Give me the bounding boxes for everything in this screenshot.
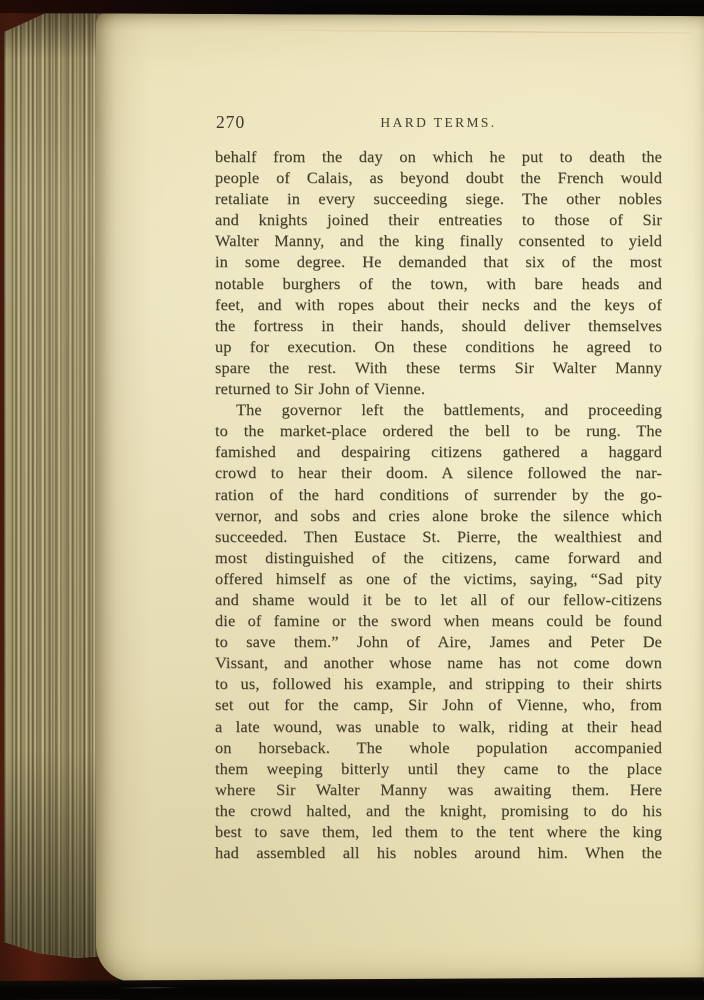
text-line: and shame would it be to let all of our … [215,589,662,610]
running-header: HARD TERMS. [380,115,496,131]
text-line: where Sir Walter Manny was awaiting them… [215,779,662,800]
page-header: 270 HARD TERMS. [215,112,662,134]
text-block: behalf from the day on which he put to d… [215,146,662,863]
text-line: notable burghers of the town, with bare … [215,273,662,294]
text-line: in some degree. He demanded that six of … [215,251,662,272]
photo-frame-bottom [0,977,704,1000]
text-line: and knights joined their entreaties to t… [215,209,662,230]
text-line: best to save them, led them to the tent … [215,821,662,842]
text-line: them weeping bitterly until they came to… [215,758,662,779]
text-line: people of Calais, as beyond doubt the Fr… [215,167,662,188]
text-line: to us, followed his example, and strippi… [215,673,662,694]
text-line: the fortress in their hands, should deli… [215,315,662,336]
scanned-book-photo: 270 HARD TERMS. behalf from the day on w… [0,0,704,1000]
book-page: 270 HARD TERMS. behalf from the day on w… [96,12,704,982]
text-line: offered himself as one of the victims, s… [215,568,662,589]
page-number: 270 [216,112,245,133]
text-line: returned to Sir John of Vienne. [215,378,662,399]
text-line: famished and despairing citizens gathere… [215,441,662,462]
text-line: most distinguished of the citizens, came… [215,547,662,568]
text-line: crowd to hear their doom. A silence foll… [215,462,662,483]
text-line: ration of the hard conditions of surrend… [215,484,662,505]
text-line: spare the rest. With these terms Sir Wal… [215,357,662,378]
text-line: feet, and with ropes about their necks a… [215,294,662,315]
text-line: had assembled all his nobles around him.… [215,842,662,863]
text-line: Walter Manny, and the king finally conse… [215,230,662,251]
text-line: Vissant, and another whose name has not … [215,652,662,673]
text-line: The governor left the battlements, and p… [215,399,662,420]
page-content: 270 HARD TERMS. behalf from the day on w… [215,12,662,982]
text-line: die of famine or the sword when means co… [215,610,662,631]
text-line: behalf from the day on which he put to d… [215,146,662,167]
text-line: set out for the camp, Sir John of Vienne… [215,694,662,715]
text-line: the crowd halted, and the knight, promis… [215,800,662,821]
text-line: a late wound, was unable to walk, riding… [215,716,662,737]
text-line: up for execution. On these conditions he… [215,336,662,357]
text-line: to save them.” John of Aire, James and P… [215,631,662,652]
text-line: vernor, and sobs and cries alone broke t… [215,505,662,526]
text-line: on horseback. The whole population accom… [215,737,662,758]
text-line: retaliate in every succeeding siege. The… [215,188,662,209]
text-line: succeeded. Then Eustace St. Pierre, the … [215,526,662,547]
page-fore-edges [4,2,104,960]
text-line: to the market-place ordered the bell to … [215,420,662,441]
